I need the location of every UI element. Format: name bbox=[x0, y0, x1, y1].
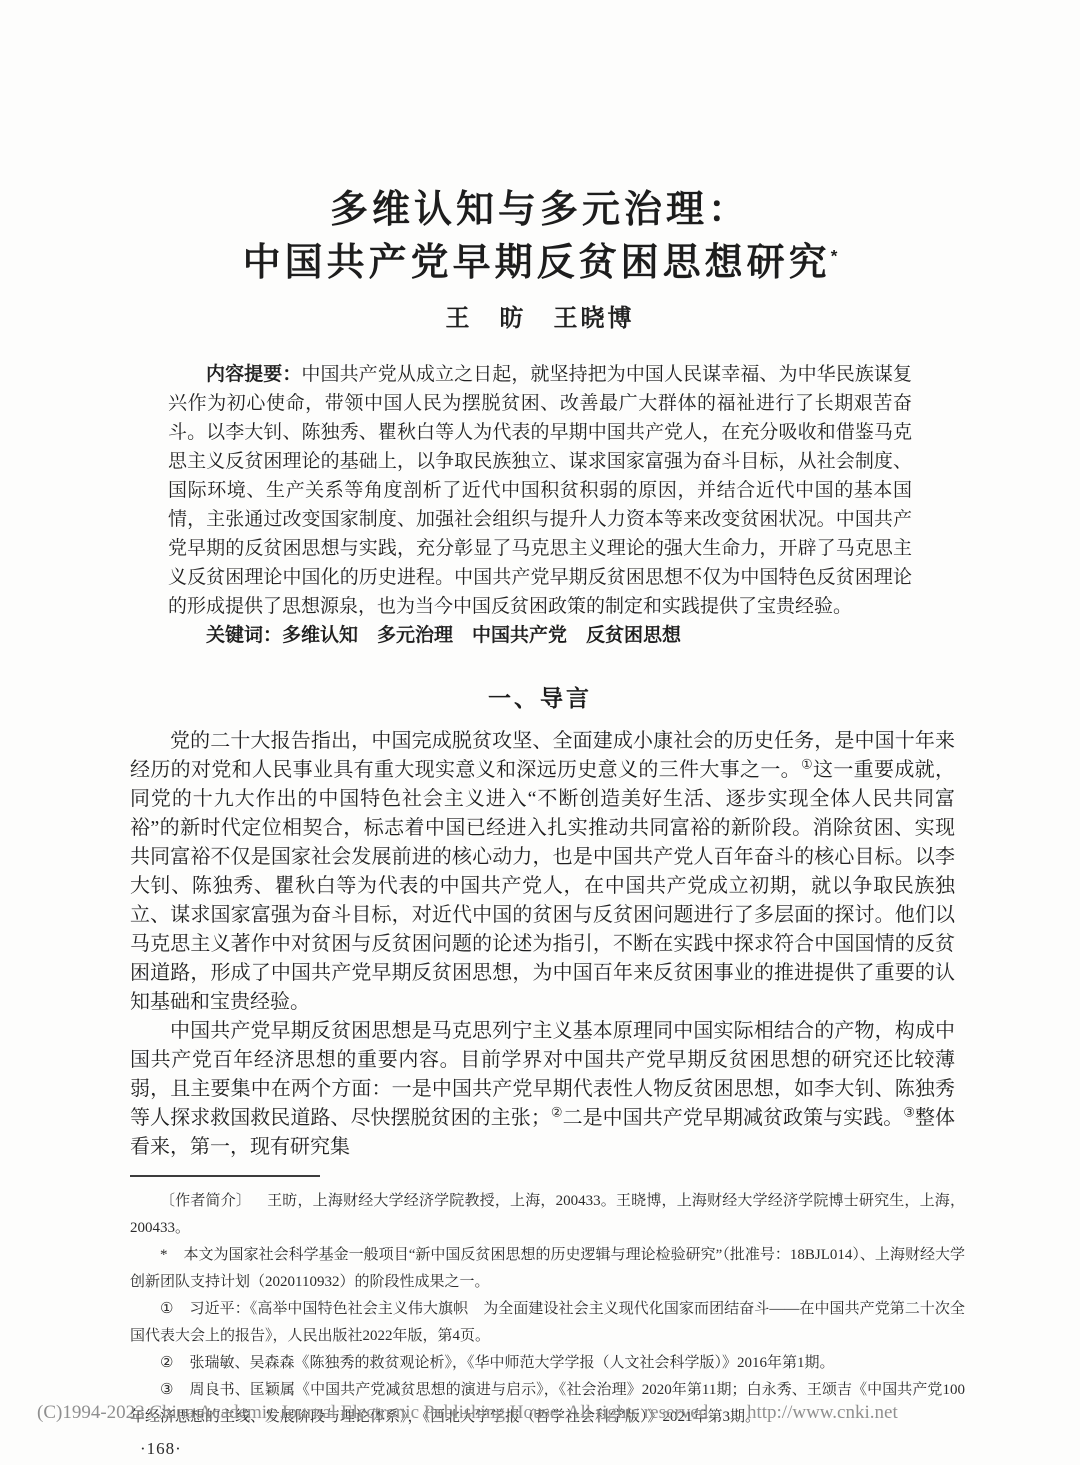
paper-title-line1: 多维认知与多元治理： bbox=[330, 189, 750, 231]
keywords-text: 多维认知 多元治理 中国共产党 反贫困思想 bbox=[282, 625, 681, 646]
footnote-ref-1: ① bbox=[801, 756, 813, 771]
footnote-ref-3: ③ bbox=[903, 1104, 915, 1119]
footnote-marker: 〔作者简介〕 bbox=[160, 1193, 251, 1209]
abstract-label: 内容提要： bbox=[206, 364, 301, 385]
footnote-ref-2: ② bbox=[551, 1104, 563, 1119]
paragraph1-text-continued: 这一重要成就，同党的十九大作出的中国特色社会主义进入“不断创造美好生活、逐步实现… bbox=[130, 759, 955, 1013]
abstract-text: 中国共产党从成立之日起，就坚持把为中国人民谋幸福、为中华民族谋复兴作为初心使命，… bbox=[168, 364, 912, 617]
paper-title: 多维认知与多元治理： 中国共产党早期反贫困思想研究* bbox=[0, 184, 1080, 290]
footnote-1: ①习近平：《高举中国特色社会主义伟大旗帜 为全面建设社会主义现代化国家而团结奋斗… bbox=[130, 1296, 965, 1350]
footnote-marker: ③ bbox=[160, 1382, 174, 1398]
footnote-marker: * bbox=[160, 1247, 168, 1263]
title-footnote-marker: * bbox=[831, 246, 838, 265]
paper-title-line2: 中国共产党早期反贫困思想研究 bbox=[243, 242, 831, 284]
footnote-text: 张瑞敏、吴森森《陈独秀的救贫观论析》，《华中师范大学学报（人文社会科学版）》20… bbox=[189, 1355, 834, 1371]
footnote-marker: ② bbox=[160, 1355, 173, 1371]
footnote-divider bbox=[130, 1175, 320, 1177]
footnote-text: 王昉，上海财经大学经济学院教授，上海，200433。王晓博，上海财经大学经济学院… bbox=[130, 1193, 965, 1236]
footnote-text: 习近平：《高举中国特色社会主义伟大旗帜 为全面建设社会主义现代化国家而团结奋斗—… bbox=[130, 1301, 965, 1344]
body-text-column: 党的二十大报告指出，中国完成脱贫攻坚、全面建成小康社会的历史任务，是中国十年来经… bbox=[130, 727, 955, 1162]
abstract-block: 内容提要：中国共产党从成立之日起，就坚持把为中国人民谋幸福、为中华民族谋复兴作为… bbox=[168, 360, 912, 621]
journal-page: 多维认知与多元治理： 中国共产党早期反贫困思想研究* 王 昉 王晓博 内容提要：… bbox=[0, 0, 1080, 1465]
footnote-author-bio: 〔作者简介〕王昉，上海财经大学经济学院教授，上海，200433。王晓博，上海财经… bbox=[130, 1188, 965, 1242]
paragraph2-text-continued: 二是中国共产党早期减贫政策与实践。 bbox=[563, 1107, 904, 1129]
authors: 王 昉 王晓博 bbox=[0, 304, 1080, 334]
cnki-url: http://www.cnki.net bbox=[747, 1402, 898, 1423]
footnote-funding: *本文为国家社会科学基金一般项目“新中国反贫困思想的历史逻辑与理论检验研究”（批… bbox=[130, 1242, 965, 1296]
keywords-label: 关键词： bbox=[206, 625, 282, 646]
footnote-2: ②张瑞敏、吴森森《陈独秀的救贫观论析》，《华中师范大学学报（人文社会科学版）》2… bbox=[130, 1350, 965, 1377]
publisher-footer: (C)1994-2023 China Academic Journal Elec… bbox=[37, 1402, 1047, 1424]
body-paragraph-1: 党的二十大报告指出，中国完成脱贫攻坚、全面建成小康社会的历史任务，是中国十年来经… bbox=[130, 727, 955, 1017]
copyright-text: (C)1994-2023 China Academic Journal Elec… bbox=[37, 1402, 713, 1423]
page-number: ·168· bbox=[140, 1439, 1080, 1459]
abstract-paragraph: 内容提要：中国共产党从成立之日起，就坚持把为中国人民谋幸福、为中华民族谋复兴作为… bbox=[168, 360, 912, 621]
keywords-line: 关键词：多维认知 多元治理 中国共产党 反贫困思想 bbox=[168, 621, 912, 650]
footnotes-block: 〔作者简介〕王昉，上海财经大学经济学院教授，上海，200433。王晓博，上海财经… bbox=[130, 1188, 965, 1431]
footnote-marker: ① bbox=[160, 1301, 174, 1317]
footnote-text: 本文为国家社会科学基金一般项目“新中国反贫困思想的历史逻辑与理论检验研究”（批准… bbox=[130, 1247, 965, 1290]
body-paragraph-2: 中国共产党早期反贫困思想是马克思列宁主义基本原理同中国实际相结合的产物，构成中国… bbox=[130, 1017, 955, 1162]
section-heading-introduction: 一、导言 bbox=[0, 683, 1080, 713]
